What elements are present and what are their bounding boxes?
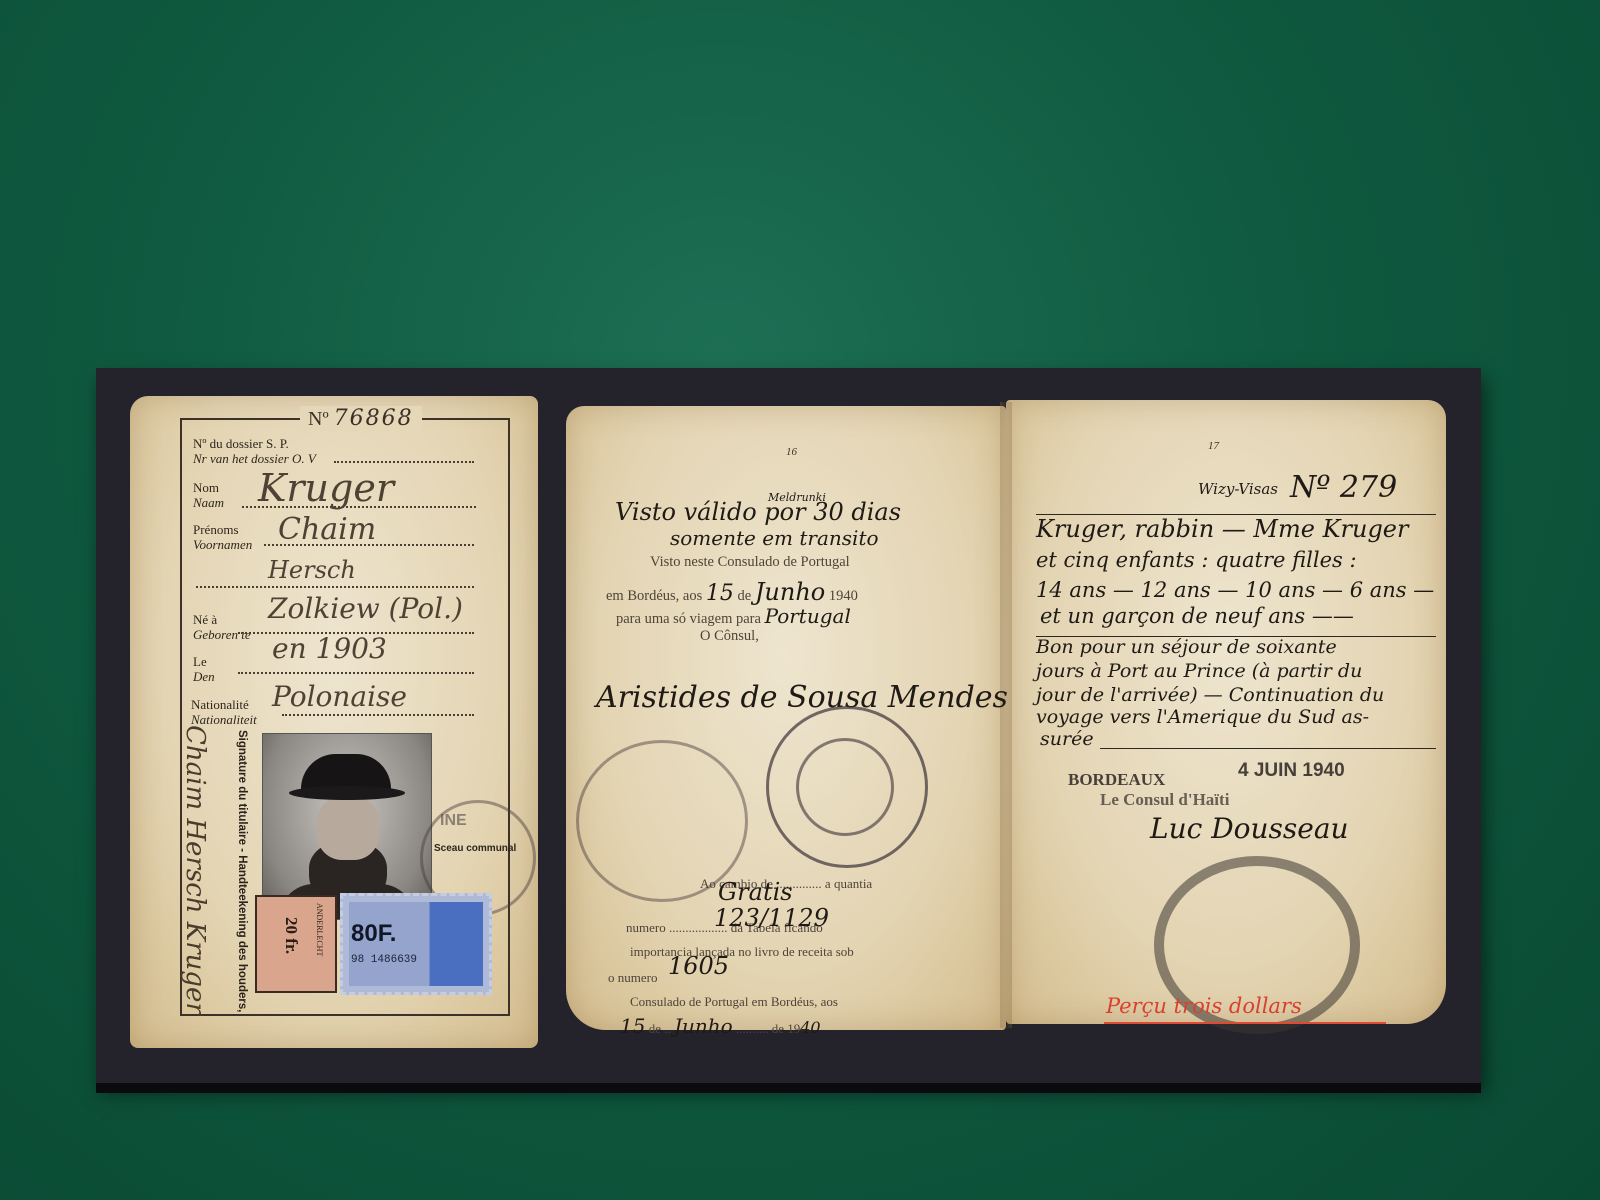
fee-stamp-20fr: 20 fr. ANDERLECHT: [255, 895, 337, 993]
printed-consul: O Cônsul,: [700, 628, 759, 645]
validity-line-4: voyage vers l'Amerique du Sud as-: [1036, 706, 1369, 728]
validity-line-5: surée: [1040, 728, 1094, 750]
card-number: Nº 76868: [300, 406, 422, 431]
visa-validity-note: Visto válido por 30 dias: [615, 498, 901, 526]
visa-holder-line: Kruger, rabbin — Mme Kruger: [1036, 515, 1408, 543]
fee-line-numero2: o numero: [608, 970, 657, 986]
field-birthplace-nl: Geboren te: [193, 627, 251, 642]
stamp-city: BORDEAUX: [1068, 770, 1165, 790]
fee-line-consulado: Consulado de Portugal em Bordéus, aos: [630, 994, 838, 1010]
page-number-17: 17: [1208, 440, 1219, 452]
passport-fold: [1000, 402, 1012, 1028]
visa-ages-line: 14 ans — 12 ans — 10 ans — 6 ans —: [1036, 578, 1434, 602]
field-prenoms-fr: Prénoms: [193, 522, 252, 537]
field-birthplace: Né à Geboren te: [193, 612, 251, 642]
fee-line-date: 15 de .. Junho .......... de 1940: [620, 1014, 821, 1038]
fee-stamp-town: ANDERLECHT: [315, 903, 324, 956]
printed-year: 1940: [829, 588, 858, 604]
photo-hat-brim: [289, 786, 405, 800]
handwritten-middle-name: Hersch: [268, 556, 356, 584]
card-number-value: 76868: [334, 406, 414, 431]
fee-numero-label: numero: [626, 920, 666, 935]
fee-handwritten-day: 15: [620, 1014, 645, 1038]
field-prenoms: Prénoms Voornamen: [193, 522, 252, 552]
handwritten-birth-year: en 1903: [272, 632, 387, 665]
handwritten-destination: Portugal: [765, 604, 851, 628]
consulate-stamp-inner: [796, 738, 894, 836]
handwritten-day: 15: [706, 581, 734, 606]
field-dossier-fr: Nº du dossier S. P.: [193, 436, 316, 451]
handwritten-numero: 123/1129: [714, 904, 829, 932]
rule: [1100, 748, 1436, 749]
seal-label: Sceau communal: [434, 842, 516, 856]
field-dossier-nl: Nr van het dossier O. V: [193, 451, 316, 466]
tax-stamp-80f: 80F. 98 1486639: [340, 893, 492, 995]
field-date-nl: Den: [193, 669, 215, 684]
visa-son-line: et un garçon de neuf ans ——: [1040, 604, 1354, 628]
handwritten-gratis: Gratis: [718, 878, 793, 906]
handwritten-nationality: Polonaise: [272, 680, 407, 713]
validity-line-2: jours à Port au Prince (à partir du: [1036, 660, 1362, 682]
field-dossier: Nº du dossier S. P. Nr van het dossier O…: [193, 436, 316, 466]
photo-face: [317, 796, 379, 860]
fee-numero2-label: o numero: [608, 970, 657, 985]
page-number-16: 16: [786, 446, 797, 458]
handwritten-birthplace: Zolkiew (Pol.): [268, 592, 463, 625]
visa-transit-note: somente em transito: [670, 526, 879, 550]
field-nom-nl: Naam: [193, 495, 224, 510]
handwritten-first-name: Chaim: [278, 512, 376, 547]
fee-quantia-label: a quantia: [825, 876, 872, 891]
printed-line-destination: para uma só viagem para Portugal: [616, 604, 851, 628]
visa-header-label: Wizy-Visas: [1198, 480, 1278, 498]
fee-de: de: [649, 1021, 661, 1036]
fee-note-red: Perçu trois dollars: [1106, 994, 1302, 1018]
consul-signature-haiti: Luc Dousseau: [1150, 812, 1349, 845]
handwritten-month: Junho: [755, 578, 825, 606]
fee-stamp-value: 20 fr.: [281, 917, 301, 954]
holder-signature: Chaim Hersch Kruger: [180, 725, 210, 1015]
stamp-date: 4 JUIN 1940: [1238, 760, 1345, 782]
signature-label: Signature du titulaire - Handteekening d…: [236, 730, 248, 1012]
printed-line-date: em Bordéus, aos 15 de Junho 1940: [606, 578, 858, 606]
field-date: Le Den: [193, 654, 215, 684]
handwritten-surname: Kruger: [258, 466, 394, 510]
dotted-line: [334, 461, 474, 463]
seal-label-text: Sceau communal: [434, 843, 516, 854]
fee-handwritten-month: Junho: [674, 1014, 733, 1038]
card-number-label: Nº: [308, 408, 329, 430]
field-date-fr: Le: [193, 654, 215, 669]
dotted-line: [238, 672, 474, 674]
visa-number: Nº 279: [1290, 470, 1397, 505]
stamp-office: Le Consul d'Haïti: [1100, 790, 1229, 810]
field-birthplace-fr: Né à: [193, 612, 251, 627]
printed-line-consulate: Visto neste Consulado de Portugal: [650, 554, 850, 571]
red-underline: [1104, 1022, 1386, 1024]
seal-stamp-text: INE: [440, 812, 467, 830]
consul-signature-sousa-mendes: Aristides de Sousa Mendes: [596, 680, 1008, 715]
field-nom-fr: Nom: [193, 480, 224, 495]
field-nom: Nom Naam: [193, 480, 224, 510]
fee-line-livro: importancia lançada no livro de receita …: [630, 944, 854, 960]
holder-photo: [262, 733, 432, 920]
validity-line-3: jour de l'arrivée) — Continuation du: [1036, 684, 1384, 706]
field-nationality: Nationalité Nationaliteit: [191, 697, 257, 727]
dotted-line: [282, 714, 474, 716]
handwritten-receipt-number: 1605: [668, 952, 729, 980]
tax-stamp-value: 80F.: [351, 920, 396, 948]
fee-de19: de 19: [772, 1021, 801, 1036]
tax-stamp-serial: 98 1486639: [351, 954, 417, 966]
field-prenoms-nl: Voornamen: [193, 537, 252, 552]
printed-single-trip: para uma só viagem para: [616, 611, 761, 627]
fee-handwritten-year: 40: [800, 1018, 820, 1037]
dotted-line: [196, 586, 474, 588]
printed-de: de: [738, 588, 752, 604]
visa-children-line: et cinq enfants : quatre filles :: [1036, 548, 1357, 572]
printed-place: em Bordéus, aos: [606, 588, 702, 604]
field-nationality-fr: Nationalité: [191, 697, 257, 712]
validity-line-1: Bon pour un séjour de soixante: [1036, 636, 1337, 658]
